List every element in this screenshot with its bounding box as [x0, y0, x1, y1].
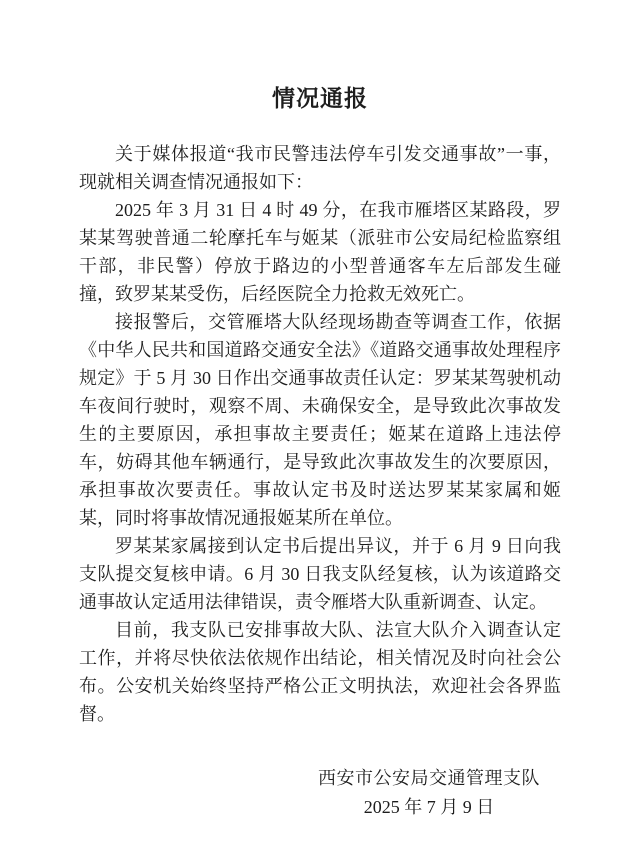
- paragraph-review-application: 罗某某家属接到认定书后提出异议，并于 6 月 9 日向我支队提交复核申请。6 月…: [79, 532, 561, 616]
- signature-organization: 西安市公安局交通管理支队: [318, 764, 540, 792]
- paragraph-intro: 关于媒体报道“我市民警违法停车引发交通事故”一事，现就相关调查情况通报如下：: [79, 140, 561, 196]
- paragraph-responsibility-determination: 接报警后，交管雁塔大队经现场勘查等调查工作，依据《中华人民共和国道路交通安全法》…: [79, 308, 561, 532]
- signature-date: 2025 年 7 月 9 日: [318, 793, 540, 821]
- paragraph-accident-facts: 2025 年 3 月 31 日 4 时 49 分，在我市雁塔区某路段，罗某某驾驶…: [79, 196, 561, 308]
- document-title: 情况通报: [0, 0, 640, 114]
- document-page: 情况通报 关于媒体报道“我市民警违法停车引发交通事故”一事，现就相关调查情况通报…: [0, 0, 640, 851]
- paragraph-current-status: 目前，我支队已安排事故大队、法宣大队介入调查认定工作，并将尽快依法依规作出结论，…: [79, 616, 561, 728]
- signature-block: 西安市公安局交通管理支队 2025 年 7 月 9 日: [318, 764, 540, 821]
- document-body: 关于媒体报道“我市民警违法停车引发交通事故”一事，现就相关调查情况通报如下： 2…: [79, 140, 561, 728]
